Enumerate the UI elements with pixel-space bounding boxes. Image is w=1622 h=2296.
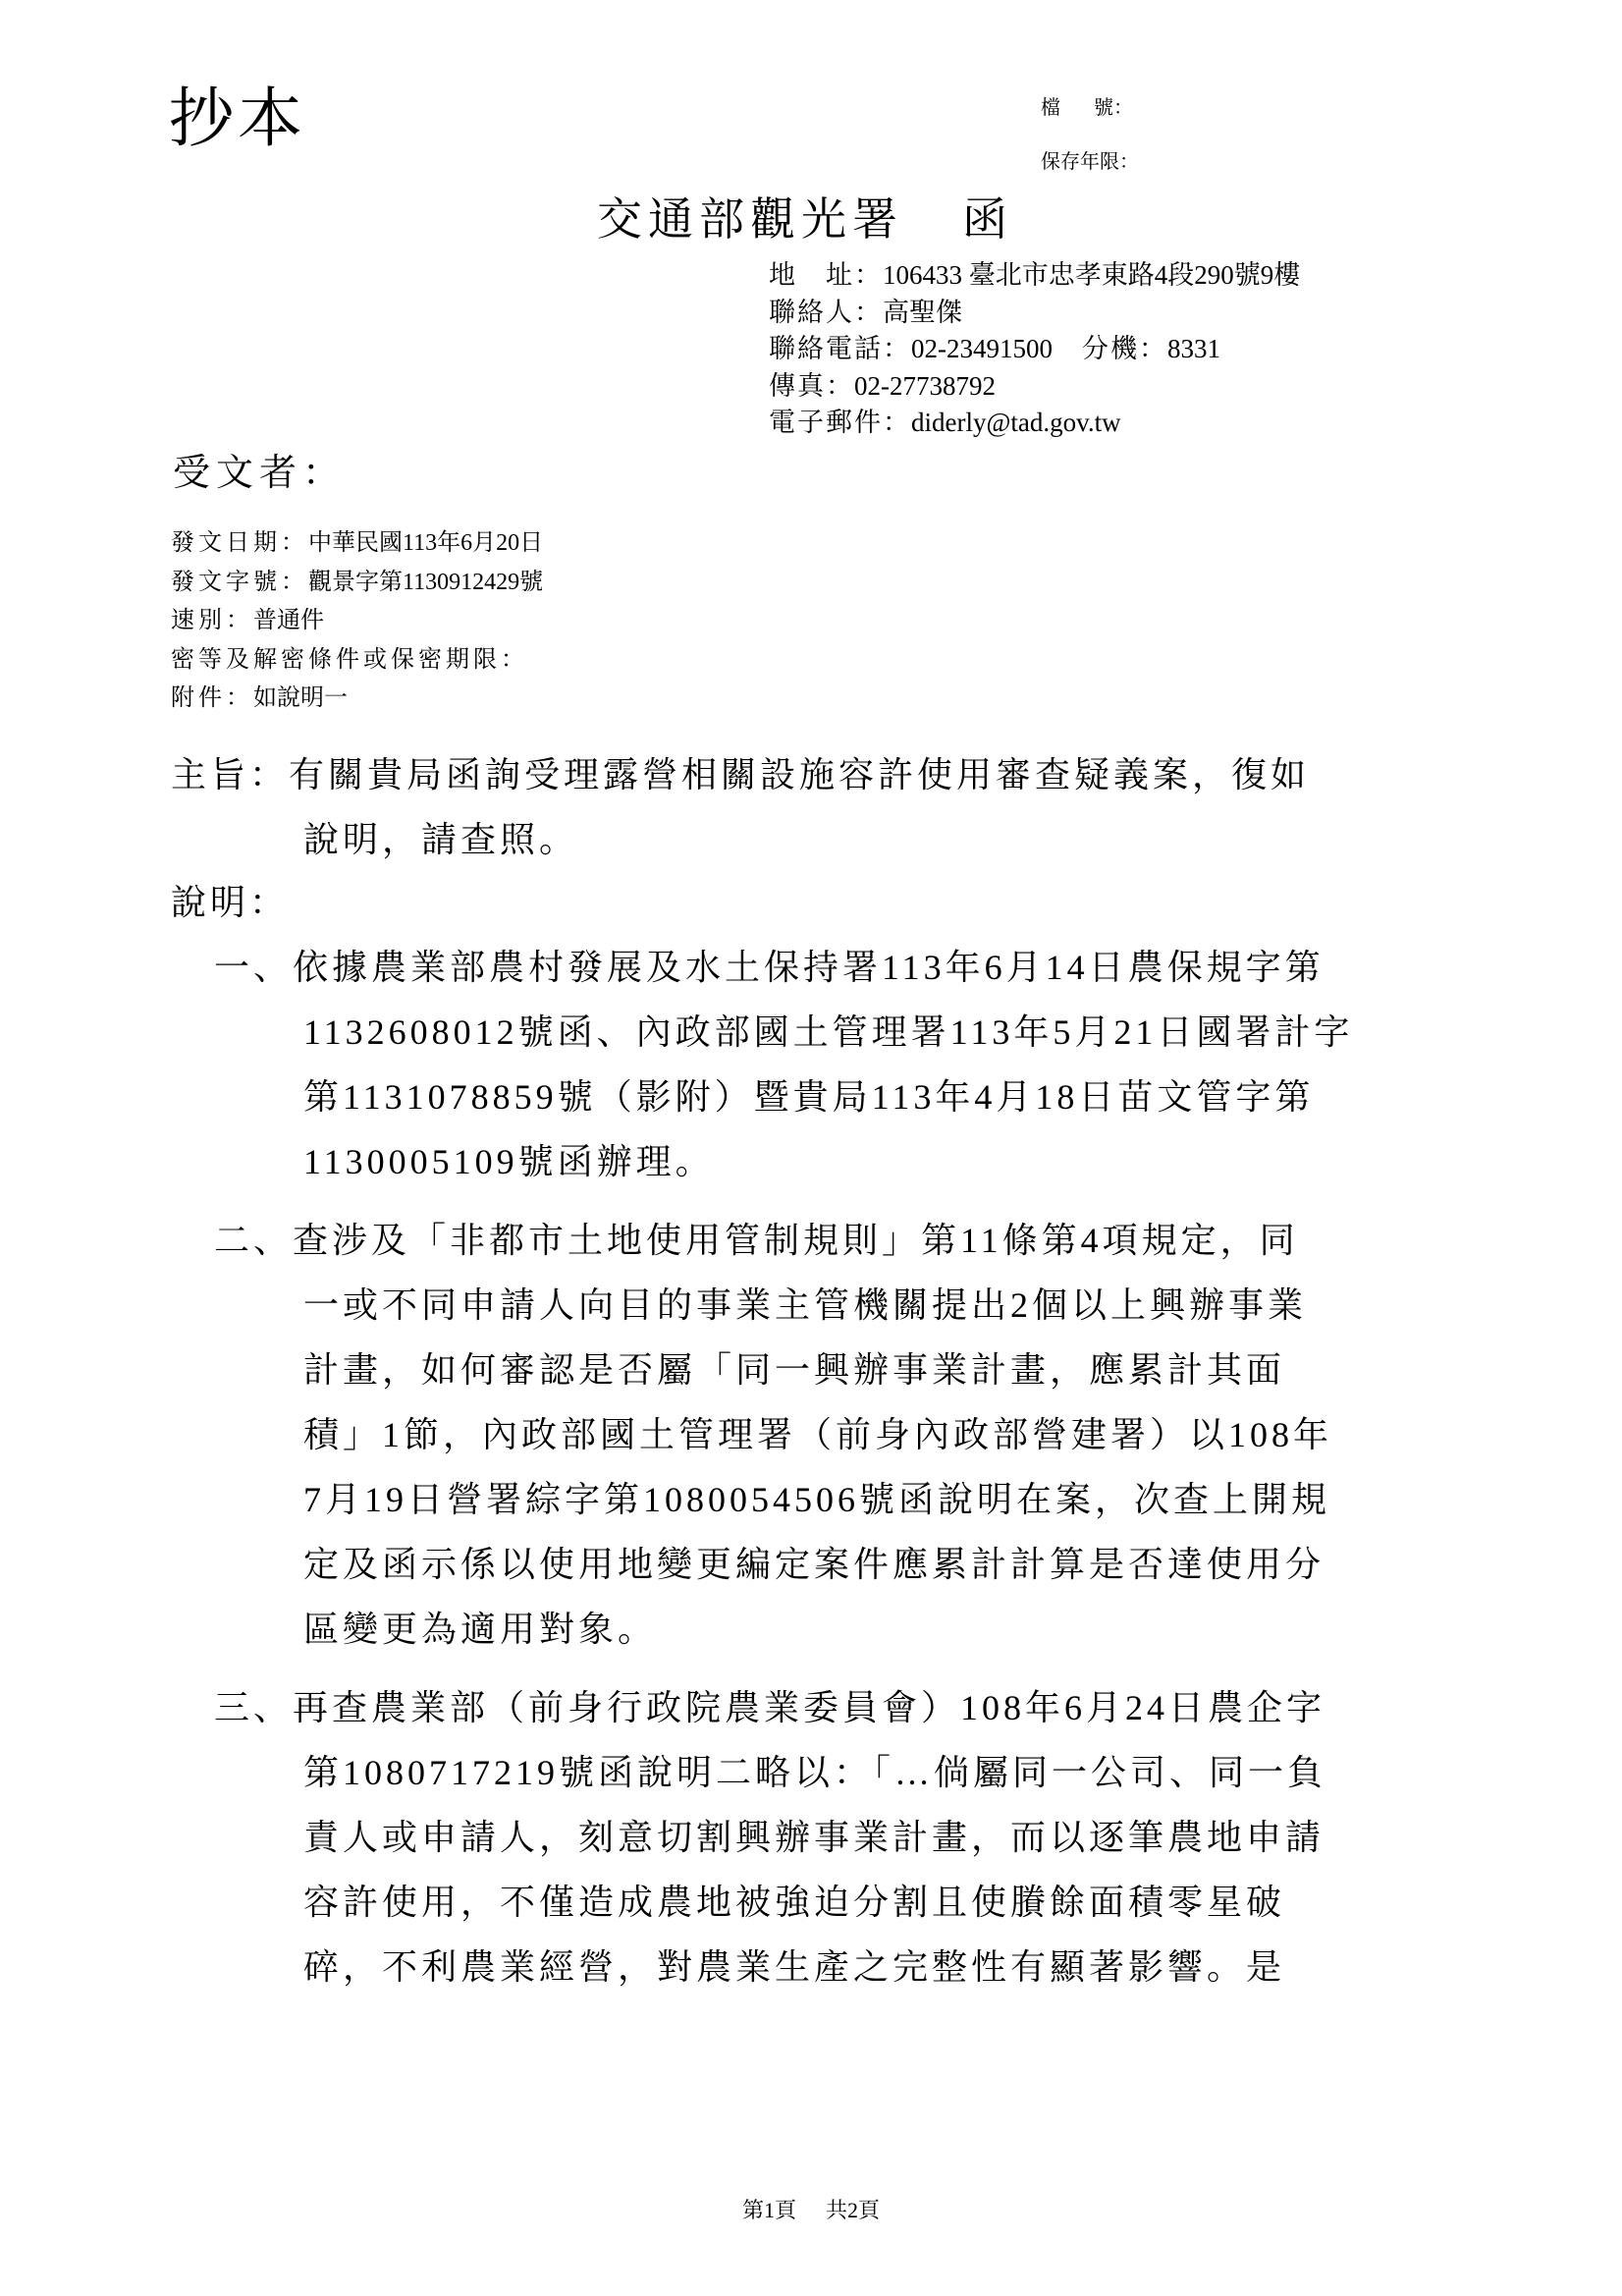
document-number: 發文字號：觀景字第1130912429號 <box>171 564 543 603</box>
item-line: 定及函示係以使用地變更編定案件應累計計算是否達使用分 <box>214 1532 1332 1597</box>
page-total: 共2頁 <box>826 2198 880 2222</box>
secrecy-level: 密等及解密條件或保密期限： <box>171 641 543 681</box>
explanation-item-3: 三、再查農業部（前身行政院農業委員會）108年6月24日農企字 第1080717… <box>214 1675 1326 1999</box>
subject-label: 主旨： <box>171 755 289 794</box>
subject-line: 有關貴局函詢受理露營相關設施容許使用審查疑義案，復如 <box>289 755 1310 794</box>
copy-mark: 抄本 <box>169 86 306 151</box>
agency-title: 交通部觀光署函 <box>597 196 1013 242</box>
item-line: 計畫，如何審認是否屬「同一興辦事業計畫，應累計其面 <box>214 1338 1332 1402</box>
file-meta: 檔號： 保存年限： <box>1041 81 1139 189</box>
item-line: 碎，不利農業經營，對農業生產之完整性有顯著影響。是 <box>214 1935 1326 1999</box>
item-line: 責人或申請人，刻意切割興辦事業計畫，而以逐筆農地申請 <box>214 1805 1326 1870</box>
delivery-speed: 速別：普通件 <box>171 602 543 641</box>
item-line: 一、依據農業部農村發展及水土保持署113年6月14日農保規字第 <box>214 935 1353 1000</box>
phone-line: 聯絡電話：02-23491500分機：8331 <box>769 331 1300 368</box>
item-line: 7月19日營署綜字第1080054506號函說明在案，次查上開規 <box>214 1467 1332 1532</box>
recipient-label: 受文者： <box>173 454 346 491</box>
item-line: 容許使用，不僅造成農地被強迫分割且使賸餘面積零星破 <box>214 1870 1326 1935</box>
explanation-item-1: 一、依據農業部農村發展及水土保持署113年6月14日農保規字第 11326080… <box>214 935 1353 1194</box>
email-line: 電子郵件：diderly@tad.gov.tw <box>769 405 1300 442</box>
page-footer: 第1頁共2頁 <box>0 2194 1622 2224</box>
subject-line: 說明，請查照。 <box>171 807 1310 872</box>
item-line: 二、查涉及「非都市土地使用管制規則」第11條第4項規定，同 <box>214 1208 1332 1273</box>
attachment: 附件：如說明一 <box>171 680 543 719</box>
issue-date: 發文日期：中華民國113年6月20日 <box>171 524 543 564</box>
subject-section: 主旨：有關貴局函詢受理露營相關設施容許使用審查疑義案，復如 說明，請查照。 <box>171 742 1310 872</box>
document-type: 函 <box>962 192 1013 246</box>
file-number-field: 檔號： <box>1041 81 1139 135</box>
explanation-label: 說明： <box>171 870 289 935</box>
fax-line: 傳真：02-27738792 <box>769 368 1300 406</box>
address-line: 地 址：106433 臺北市忠孝東路4段290號9樓 <box>769 257 1300 295</box>
item-marker: 三、 <box>214 1688 293 1727</box>
retention-period-field: 保存年限： <box>1041 135 1139 189</box>
item-line: 第1131078859號（影附）暨貴局113年4月18日苗文管字第 <box>214 1065 1353 1129</box>
item-line: 第1080717219號函說明二略以：「…倘屬同一公司、同一負 <box>214 1740 1326 1805</box>
item-marker: 二、 <box>214 1221 293 1260</box>
contact-person-line: 聯絡人：高聖傑 <box>769 295 1300 332</box>
agency-name: 交通部觀光署 <box>597 192 903 246</box>
email-link[interactable]: diderly@tad.gov.tw <box>911 408 1121 437</box>
item-line: 區變更為適用對象。 <box>214 1597 1332 1662</box>
explanation-item-2: 二、查涉及「非都市土地使用管制規則」第11條第4項規定，同 一或不同申請人向目的… <box>214 1208 1332 1662</box>
document-meta: 發文日期：中華民國113年6月20日 發文字號：觀景字第1130912429號 … <box>171 524 543 719</box>
item-line: 1130005109號函辦理。 <box>214 1129 1353 1194</box>
contact-block: 地 址：106433 臺北市忠孝東路4段290號9樓 聯絡人：高聖傑 聯絡電話：… <box>769 257 1300 442</box>
item-line: 三、再查農業部（前身行政院農業委員會）108年6月24日農企字 <box>214 1675 1326 1740</box>
item-line: 一或不同申請人向目的事業主管機關提出2個以上興辦事業 <box>214 1273 1332 1338</box>
page-current: 第1頁 <box>742 2198 796 2222</box>
item-line: 積」1節，內政部國土管理署（前身內政部營建署）以108年 <box>214 1402 1332 1467</box>
item-marker: 一、 <box>214 948 293 987</box>
item-line: 1132608012號函、內政部國土管理署113年5月21日國署計字 <box>214 1000 1353 1065</box>
